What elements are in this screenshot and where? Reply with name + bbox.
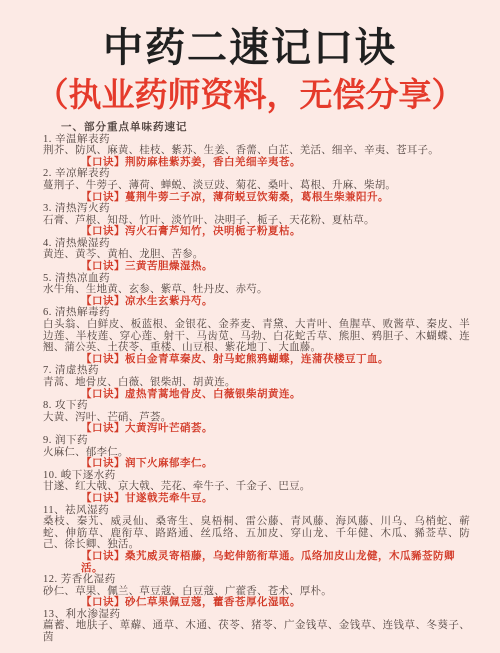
mnemonic-text: 凉水生玄紫丹芍。: [125, 296, 213, 307]
mnemonic-text: 虚热青蒿地骨皮、白薇银柴胡黄连。: [125, 389, 301, 400]
entry-list: 1. 辛温解表药 荆芥、防风、麻黄、桂枝、紫苏、生姜、香薷、白芷、羌活、细辛、辛…: [43, 134, 470, 644]
entry-herb-list: 萹蓄、地肤子、萆薢、通草、木通、茯苓、猪苓、广金钱草、金钱草、连钱草、冬葵子、茵: [43, 620, 470, 643]
entry-category-label: 7. 清虚热药: [43, 365, 470, 377]
mnemonic-text: 砂仁草果佩豆蔻，藿香苍厚化湿呕。: [125, 597, 301, 608]
page-subtitle: （执业药师资料，无偿分享）: [0, 76, 500, 114]
herb-entry: 4. 清热燥湿药 黄连、黄芩、黄柏、龙胆、苦参。 【口诀】三黄苦胆燥湿热。: [43, 238, 470, 273]
entry-herb-list: 火麻仁、郁李仁。: [43, 447, 470, 459]
herb-entry: 3. 清热泻火药 石膏、芦根、知母、竹叶、淡竹叶、决明子、栀子、天花粉、夏枯草。…: [43, 203, 470, 238]
mnemonic-text: 大黄泻叶芒硝荟。: [125, 423, 213, 434]
mnemonic-prefix: 【口诀】: [81, 296, 125, 307]
mnemonic-text: 泻火石膏芦知竹，决明栀子粉夏枯。: [125, 226, 301, 237]
mnemonic-prefix: 【口诀】: [81, 354, 125, 365]
herb-entry: 12. 芳香化湿药 砂仁、草果、佩兰、草豆蔻、白豆蔻、广藿香、苍术、厚朴。 【口…: [43, 574, 470, 609]
entry-mnemonic: 【口诀】砂仁草果佩豆蔻，藿香苍厚化湿呕。: [43, 597, 470, 609]
entry-mnemonic: 【口诀】虚热青蒿地骨皮、白薇银柴胡黄连。: [43, 389, 470, 401]
page-title: 中药二速记口诀: [0, 24, 500, 72]
entry-herb-list: 黄连、黄芩、黄柏、龙胆、苦参。: [43, 249, 470, 261]
herb-entry: 9. 润下药 火麻仁、郁李仁。 【口诀】润下火麻郁李仁。: [43, 435, 470, 470]
herb-entry: 5. 清热凉血药 水牛角、生地黄、玄参、紫草、牡丹皮、赤芍。 【口诀】凉水生玄紫…: [43, 273, 470, 308]
entry-mnemonic: 【口诀】桑艽威灵寄梧藤，乌蛇伸筋衔草通。瓜络加皮山龙健，木瓜豨莶防卿活。: [43, 551, 470, 574]
entry-mnemonic: 【口诀】蔓荆牛蒡二子凉，薄荷蜕豆饮菊桑，葛根生柴兼阳升。: [43, 192, 470, 204]
entry-mnemonic: 【口诀】板白金青草秦皮、射马蛇熊鸦蝴蝶，连蒲茯楼豆丁血。: [43, 354, 470, 366]
entry-mnemonic: 【口诀】泻火石膏芦知竹，决明栀子粉夏枯。: [43, 226, 470, 238]
entry-category-label: 2. 辛凉解表药: [43, 168, 470, 180]
mnemonic-prefix: 【口诀】: [81, 226, 125, 237]
entry-herb-list: 蔓荆子、牛蒡子、薄荷、蝉蜕、淡豆豉、菊花、桑叶、葛根、升麻、柴胡。: [43, 180, 470, 192]
entry-mnemonic: 【口诀】大黄泻叶芒硝荟。: [43, 423, 470, 435]
entry-mnemonic: 【口诀】凉水生玄紫丹芍。: [43, 296, 470, 308]
mnemonic-text: 三黄苦胆燥湿热。: [125, 261, 213, 272]
herb-entry: 6. 清热解毒药 白头翁、白鲜皮、板蓝根、金银花、金荞麦、青黛、大青叶、鱼腥草、…: [43, 307, 470, 365]
mnemonic-prefix: 【口诀】: [81, 389, 125, 400]
entry-herb-list: 荆芥、防风、麻黄、桂枝、紫苏、生姜、香薷、白芷、羌活、细辛、辛夷、苍耳子。: [43, 145, 470, 157]
entry-herb-list: 白头翁、白鲜皮、板蓝根、金银花、金荞麦、青黛、大青叶、鱼腥草、败酱草、秦皮、半边…: [43, 319, 470, 354]
mnemonic-text: 蔓荆牛蒡二子凉，薄荷蜕豆饮菊桑，葛根生柴兼阳升。: [125, 192, 389, 203]
entry-herb-list: 石膏、芦根、知母、竹叶、淡竹叶、决明子、栀子、天花粉、夏枯草。: [43, 215, 470, 227]
mnemonic-text: 板白金青草秦皮、射马蛇熊鸦蝴蝶，连蒲茯楼豆丁血。: [125, 354, 389, 365]
herb-entry: 2. 辛凉解表药 蔓荆子、牛蒡子、薄荷、蝉蜕、淡豆豉、菊花、桑叶、葛根、升麻、柴…: [43, 168, 470, 203]
entry-herb-list: 青蒿、地骨皮、白薇、银柴胡、胡黄连。: [43, 377, 470, 389]
herb-entry: 7. 清虚热药 青蒿、地骨皮、白薇、银柴胡、胡黄连。 【口诀】虚热青蒿地骨皮、白…: [43, 365, 470, 400]
entry-category-label: 9. 润下药: [43, 435, 470, 447]
entry-category-label: 13、利水渗湿药: [43, 609, 470, 621]
entry-category-label: 10. 峻下逐水药: [43, 470, 470, 482]
mnemonic-prefix: 【口诀】: [81, 458, 125, 469]
section-heading: 一、部分重点单味药速记: [43, 122, 470, 134]
entry-category-label: 11、祛风湿药: [43, 505, 470, 517]
entry-category-label: 5. 清热凉血药: [43, 273, 470, 285]
mnemonic-text: 桑艽威灵寄梧藤，乌蛇伸筋衔草通。瓜络加皮山龙健，木瓜豨莶防卿活。: [81, 551, 455, 574]
entry-mnemonic: 【口诀】三黄苦胆燥湿热。: [43, 261, 470, 273]
herb-entry: 11、祛风湿药 桑枝、秦艽、威灵仙、桑寄生、臭梧桐、雷公藤、青风藤、海风藤、川乌…: [43, 505, 470, 575]
mnemonic-text: 荆防麻桂紫苏姜，香白羌细辛夷苍。: [125, 157, 301, 168]
mnemonic-text: 甘遂戟芫牵牛豆。: [125, 493, 213, 504]
mnemonic-prefix: 【口诀】: [81, 493, 125, 504]
herb-entry: 8. 攻下药 大黄、泻叶、芒硝、芦荟。 【口诀】大黄泻叶芒硝荟。: [43, 400, 470, 435]
entry-herb-list: 大黄、泻叶、芒硝、芦荟。: [43, 412, 470, 424]
entry-category-label: 6. 清热解毒药: [43, 307, 470, 319]
mnemonic-prefix: 【口诀】: [81, 157, 125, 168]
entry-category-label: 3. 清热泻火药: [43, 203, 470, 215]
mnemonic-prefix: 【口诀】: [81, 261, 125, 272]
document-page: 中药二速记口诀 （执业药师资料，无偿分享） 一、部分重点单味药速记 1. 辛温解…: [0, 0, 500, 653]
herb-entry: 13、利水渗湿药 萹蓄、地肤子、萆薢、通草、木通、茯苓、猪苓、广金钱草、金钱草、…: [43, 609, 470, 644]
entry-mnemonic: 【口诀】荆防麻桂紫苏姜，香白羌细辛夷苍。: [43, 157, 470, 169]
herb-entry: 10. 峻下逐水药 甘遂、红大戟、京大戟、芫花、牵牛子、千金子、巴豆。 【口诀】…: [43, 470, 470, 505]
mnemonic-text: 润下火麻郁李仁。: [125, 458, 213, 469]
entry-mnemonic: 【口诀】润下火麻郁李仁。: [43, 458, 470, 470]
mnemonic-prefix: 【口诀】: [81, 192, 125, 203]
entry-herb-list: 桑枝、秦艽、威灵仙、桑寄生、臭梧桐、雷公藤、青风藤、海风藤、川乌、乌梢蛇、蕲蛇、…: [43, 516, 470, 551]
entry-herb-list: 砂仁、草果、佩兰、草豆蔻、白豆蔻、广藿香、苍术、厚朴。: [43, 586, 470, 598]
herb-entry: 1. 辛温解表药 荆芥、防风、麻黄、桂枝、紫苏、生姜、香薷、白芷、羌活、细辛、辛…: [43, 134, 470, 169]
entry-herb-list: 水牛角、生地黄、玄参、紫草、牡丹皮、赤芍。: [43, 284, 470, 296]
entry-herb-list: 甘遂、红大戟、京大戟、芫花、牵牛子、千金子、巴豆。: [43, 481, 470, 493]
entry-category-label: 4. 清热燥湿药: [43, 238, 470, 250]
mnemonic-prefix: 【口诀】: [81, 551, 125, 562]
mnemonic-prefix: 【口诀】: [81, 597, 125, 608]
entry-category-label: 8. 攻下药: [43, 400, 470, 412]
entry-category-label: 1. 辛温解表药: [43, 134, 470, 146]
entry-category-label: 12. 芳香化湿药: [43, 574, 470, 586]
mnemonic-prefix: 【口诀】: [81, 423, 125, 434]
entry-mnemonic: 【口诀】甘遂戟芫牵牛豆。: [43, 493, 470, 505]
document-body: 一、部分重点单味药速记 1. 辛温解表药 荆芥、防风、麻黄、桂枝、紫苏、生姜、香…: [0, 122, 500, 644]
